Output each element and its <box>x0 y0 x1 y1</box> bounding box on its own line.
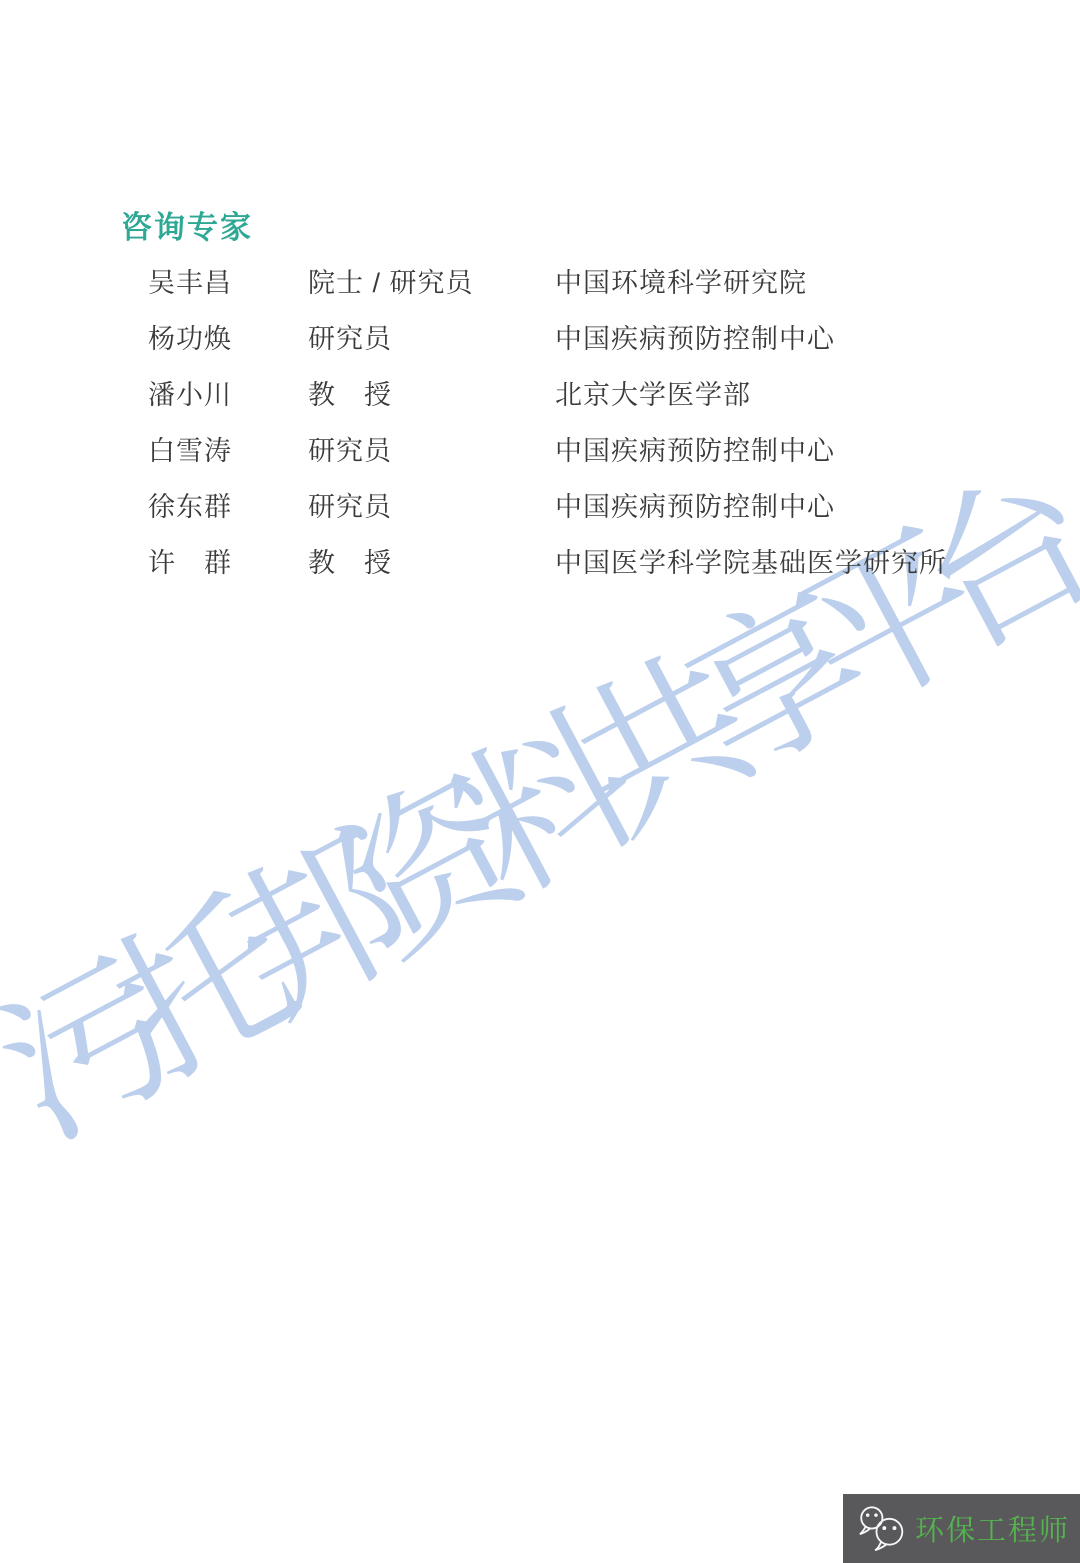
expert-name: 白雪涛 <box>148 436 308 466</box>
expert-name: 吴丰昌 <box>148 268 308 298</box>
footer-brand-badge: 环保工程师 <box>843 1494 1080 1563</box>
expert-row: 杨功焕 研究员 中国疾病预防控制中心 <box>148 324 1058 380</box>
expert-affiliation: 中国疾病预防控制中心 <box>555 324 1058 354</box>
expert-row: 白雪涛 研究员 中国疾病预防控制中心 <box>148 436 1058 492</box>
expert-affiliation: 北京大学医学部 <box>555 380 1058 410</box>
page-title: 咨询专家 <box>121 202 253 247</box>
expert-title: 院士 / 研究员 <box>308 268 555 298</box>
expert-affiliation: 中国疾病预防控制中心 <box>555 436 1058 466</box>
footer-brand-label: 环保工程师 <box>915 1508 1070 1549</box>
expert-title: 研究员 <box>308 436 555 466</box>
wechat-icon <box>856 1505 908 1553</box>
expert-row: 潘小川 教 授 北京大学医学部 <box>148 380 1058 436</box>
expert-table: 吴丰昌 院士 / 研究员 中国环境科学研究院 杨功焕 研究员 中国疾病预防控制中… <box>148 268 1058 604</box>
expert-affiliation: 中国医学科学院基础医学研究所 <box>555 548 1058 578</box>
expert-name: 潘小川 <box>148 380 308 410</box>
expert-title: 教 授 <box>308 548 555 578</box>
expert-name: 许 群 <box>148 548 308 578</box>
expert-affiliation: 中国环境科学研究院 <box>555 268 1058 298</box>
document-page: 咨询专家 吴丰昌 院士 / 研究员 中国环境科学研究院 杨功焕 研究员 中国疾病… <box>0 0 1080 1563</box>
expert-title: 研究员 <box>308 492 555 522</box>
expert-row: 许 群 教 授 中国医学科学院基础医学研究所 <box>148 548 1058 604</box>
expert-title: 研究员 <box>308 324 555 354</box>
expert-title: 教 授 <box>308 380 555 410</box>
expert-affiliation: 中国疾病预防控制中心 <box>555 492 1058 522</box>
expert-name: 徐东群 <box>148 492 308 522</box>
expert-row: 吴丰昌 院士 / 研究员 中国环境科学研究院 <box>148 268 1058 324</box>
expert-row: 徐东群 研究员 中国疾病预防控制中心 <box>148 492 1058 548</box>
expert-name: 杨功焕 <box>148 324 308 354</box>
